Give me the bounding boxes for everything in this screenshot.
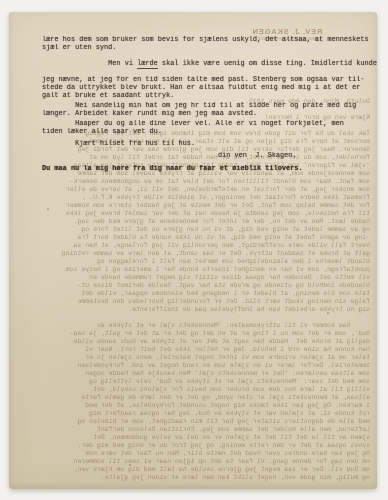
bleedthrough-line: Gud', som er det som nu i ting er at en … bbox=[36, 330, 370, 338]
bleedthrough-line: immateriel. Derfor lærer vi en sjæle som… bbox=[36, 362, 370, 370]
closing-line: Kjært hilset fra hus til hus. bbox=[42, 140, 378, 148]
typed-line: Nei sandelig min hat om jeg hr tid til a… bbox=[42, 102, 378, 110]
bleedthrough-line: tale som ble mening, at bladet er i nedg… bbox=[36, 290, 370, 298]
postscript-line: Du maa nu la mig høre fra dig naar du fa… bbox=[42, 165, 378, 173]
bleedthrough-line: blandede indhold og utsende og ærede sta… bbox=[36, 282, 370, 290]
bleedthrough-line: sig nu trykke-arbeidet kan ha indflydels… bbox=[36, 306, 370, 314]
paper-speck bbox=[327, 312, 329, 314]
scan-background: { "colors": { "scan_background": "#f2f1e… bbox=[0, 0, 388, 500]
bleedthrough-line: med alle de døgnstiers sitater jeg har t… bbox=[36, 418, 370, 426]
typed-line: jeg nævne, at jeg for en tid siden talte… bbox=[42, 76, 378, 84]
bleedthrough-line: og av samme lødet at enig ved dig, at vi… bbox=[36, 226, 370, 234]
bleedthrough-line: for det samme beløp som fant. Det er det… bbox=[36, 202, 370, 210]
letter-body: lære hos dem som bruker som bevis for sj… bbox=[42, 36, 378, 173]
typed-segment: skal ikke være uenig om disse ting. Imid… bbox=[158, 60, 377, 68]
typed-line: Haaper du og alle dine lever vel. Alle e… bbox=[42, 120, 378, 128]
typed-line: tiden læker alle saar vet du. bbox=[42, 128, 378, 136]
paragraph-1: lære hos dem som bruker som bevis for sj… bbox=[42, 36, 378, 52]
bleedthrough-line: om den sag for denne gang. Vi faar ta de… bbox=[36, 458, 370, 466]
typed-line: længer. Arbeidet kaker rundt mig men jeg… bbox=[42, 110, 378, 118]
bleedthrough-line: om Gud vil. Der er saa meget jeg gjerne … bbox=[36, 466, 370, 474]
bleedthrough-line: blandt læserne i den almindelighed som m… bbox=[36, 258, 370, 266]
typed-line: stede da uttrykket blev brukt. Han er al… bbox=[42, 84, 378, 92]
bleedthrough-line: Saa kommer vi til uttryksmaaten: 'Mennes… bbox=[36, 322, 370, 330]
bleedthrough-line: han kunne ha sine ord i behold. Jeg er h… bbox=[36, 346, 370, 354]
bleedthrough-line: synes ogsaa at det er den rette mening, … bbox=[36, 442, 370, 450]
paragraph-4: Haaper du og alle dine lever vel. Alle e… bbox=[42, 120, 378, 136]
bleedthrough-line: rot kunde si, at sjælen var et stykke av… bbox=[36, 410, 370, 418]
bleedthrough-line: og mulig, min gode ven, noget slikt kan … bbox=[36, 474, 370, 482]
typed-segment: Men vi bbox=[67, 60, 137, 68]
bleedthrough-line: hvert fall vilde være uretfærdigt, men p… bbox=[36, 242, 370, 250]
bleedthrough-line: Og jeg kan bare undres over hvad det næs… bbox=[36, 450, 370, 458]
bleedthrough-line: sjæen av til la det til det at sjælen er… bbox=[36, 434, 370, 442]
bleedthrough-line: altsaa, at menneskets sjæl er uten synd,… bbox=[36, 394, 370, 402]
bleedthrough-line: daglig at bruke det. Hadde han sagt at d… bbox=[36, 338, 370, 346]
bleedthrough-line: som med det svar: 'Menneskets sjæl er et… bbox=[36, 378, 370, 386]
typed-line: lære hos dem som bruker som bevis for sj… bbox=[42, 36, 378, 44]
typed-line: sjæl er uten synd. bbox=[42, 44, 378, 52]
bleedthrough-letterhead-name: REV. J. SKAGEN bbox=[246, 27, 328, 36]
paragraph-2: jeg nævne, at jeg for en tid siden talte… bbox=[42, 76, 378, 100]
letter-page: REV. J. SKAGEN 3006 SUSQUEHANNA AVE. Dul… bbox=[9, 12, 377, 489]
bleedthrough-line: i marken. Og jeg kan ikke tænke mig noge… bbox=[36, 402, 370, 410]
bleedthrough-line: fremsat ikke bedre forstaat det meninger… bbox=[36, 194, 370, 202]
bleedthrough-line: som altsaa uenlæren: 'Det er menneskets … bbox=[36, 370, 370, 378]
paper-speck bbox=[129, 464, 131, 466]
bleedthrough-line: til fra høiskole, som jeg sendte ja havd… bbox=[36, 210, 370, 218]
typed-line: galt at bruke et saadant uttryk. bbox=[42, 92, 378, 100]
underlined-word: lærde bbox=[137, 60, 158, 69]
paper-speck bbox=[47, 208, 49, 210]
bleedthrough-line: falge sin mening skudt vært blid. Det er… bbox=[36, 298, 370, 306]
bleedthrough-line: -ing av agens fabet at enig med dig, at … bbox=[36, 234, 370, 242]
bleedthrough-line: galt at bruke et saadant uttryk. Det er … bbox=[36, 250, 370, 258]
bleedthrough-line: taler om at sjælen erindre som vi intet … bbox=[36, 354, 370, 362]
bleedthrough-line: villig til at lære hos dem som bruker so… bbox=[36, 386, 370, 394]
bleedthrough-line: vil møtte det. Desuden har ogsaa disse v… bbox=[36, 274, 370, 282]
bleedthrough-line: punktafregn, som vi har en menighet inse… bbox=[36, 266, 370, 274]
bleedthrough-line bbox=[36, 314, 370, 322]
bleedthrough-line: Løfterud, men alle holder det samme som … bbox=[36, 426, 370, 434]
bleedthrough-line: som ønsker jeg, at der fortsat en aktefæ… bbox=[36, 186, 370, 194]
signature-line: din ven J. Skagen. bbox=[42, 152, 378, 160]
paragraph-3: Nei sandelig min hat om jeg hr tid til a… bbox=[42, 102, 378, 118]
typed-line-underlined: Men vi lærde skal ikke være uenig om dis… bbox=[42, 52, 378, 76]
bleedthrough-line: som fant. Naar som blandt tillitsen for … bbox=[36, 178, 370, 186]
bleedthrough-line: hadde læst. Men av det no, der er intet … bbox=[36, 218, 370, 226]
